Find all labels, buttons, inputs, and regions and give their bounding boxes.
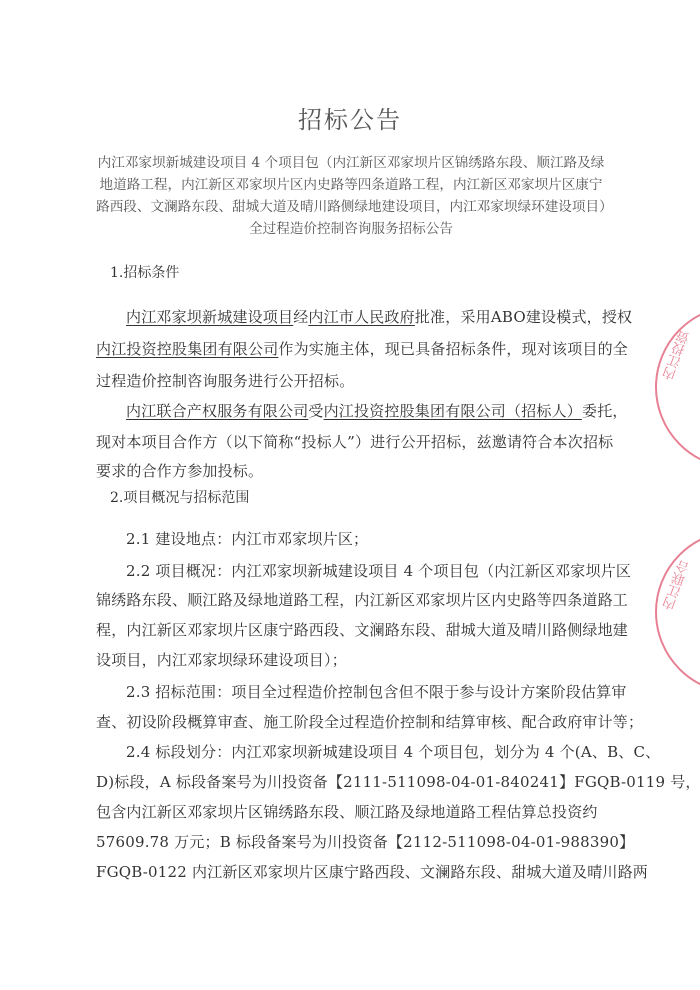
- paragraph-line: D)标段，A 标段备案号为川投资备【2111-511098-04-01-8402…: [96, 771, 606, 792]
- paragraph-line: 2.2 项目概况：内江邓家坝新城建设项目 4 个项目包（内江新区邓家坝片区: [126, 560, 606, 581]
- entity-government: 内江市人民政府: [308, 308, 414, 326]
- section-2-heading: 2.项目概况与招标范围: [110, 487, 249, 507]
- paragraph-line: 锦绣路东段、顺江路及绿地道路工程，内江新区邓家坝片区内史路等四条道路工: [96, 589, 606, 610]
- entity-investor: 内江投资控股集团有限公司: [96, 340, 278, 358]
- entity-agency: 内江联合产权服务有限公司: [126, 402, 308, 420]
- paragraph-line: 2.3 招标范围：项目全过程造价控制包含但不限于参与设计方案阶段估算审: [126, 681, 606, 702]
- paragraph-line: 设项目，内江邓家坝绿环建设项目）；: [96, 649, 606, 670]
- paragraph-line: 2.1 建设地点：内江市邓家坝片区；: [126, 528, 606, 549]
- paragraph-line: 内江联合产权服务有限公司受内江投资控股集团有限公司（招标人）委托，: [126, 400, 606, 421]
- paragraph-line: 过程造价控制咨询服务进行公开招标。: [96, 370, 606, 391]
- entity-tenderer: 内江投资控股集团有限公司（招标人）: [324, 402, 582, 420]
- paragraph-line: 57609.78 万元；B 标段备案号为川投资备【2112-511098-04-…: [96, 831, 606, 852]
- paragraph-line: 查、初设阶段概算审查、施工阶段全过程造价控制和结算审核、配合政府审计等；: [96, 711, 606, 732]
- section-1-heading: 1.招标条件: [110, 262, 179, 282]
- paragraph-line: 内江投资控股集团有限公司作为实施主体，现已具备招标条件，现对该项目的全: [96, 338, 606, 359]
- paragraph-line: FGQB-0122 内江新区邓家坝片区康宁路西段、文澜路东段、甜城大道及晴川路两: [96, 861, 606, 882]
- paragraph-line: 现对本项目合作方（以下简称“投标人”）进行公开招标，兹邀请符合本次招标: [96, 431, 606, 452]
- document-title: 招标公告: [0, 100, 700, 135]
- paragraph-line: 要求的合作方参加投标。: [96, 460, 606, 481]
- paragraph-line: 2.4 标段划分：内江邓家坝新城建设项目 4 个项目包，划分为 4 个(A、B、…: [126, 741, 606, 762]
- paragraph-line: 包含内江新区邓家坝片区锦绣路东段、顺江路及绿地道路工程估算总投资约: [96, 801, 606, 822]
- paragraph-line: 程，内江新区邓家坝片区康宁路西段、文澜路东段、甜城大道及晴川路侧绿地建: [96, 619, 606, 640]
- paragraph-line: 内江邓家坝新城建设项目经内江市人民政府批准，采用ABO建设模式，授权: [126, 306, 606, 327]
- entity-project: 内江邓家坝新城建设项目: [126, 308, 293, 326]
- document-subtitle: 内江邓家坝新城建设项目 4 个项目包（内江新区邓家坝片区锦绣路东段、顺江路及绿地…: [96, 152, 606, 240]
